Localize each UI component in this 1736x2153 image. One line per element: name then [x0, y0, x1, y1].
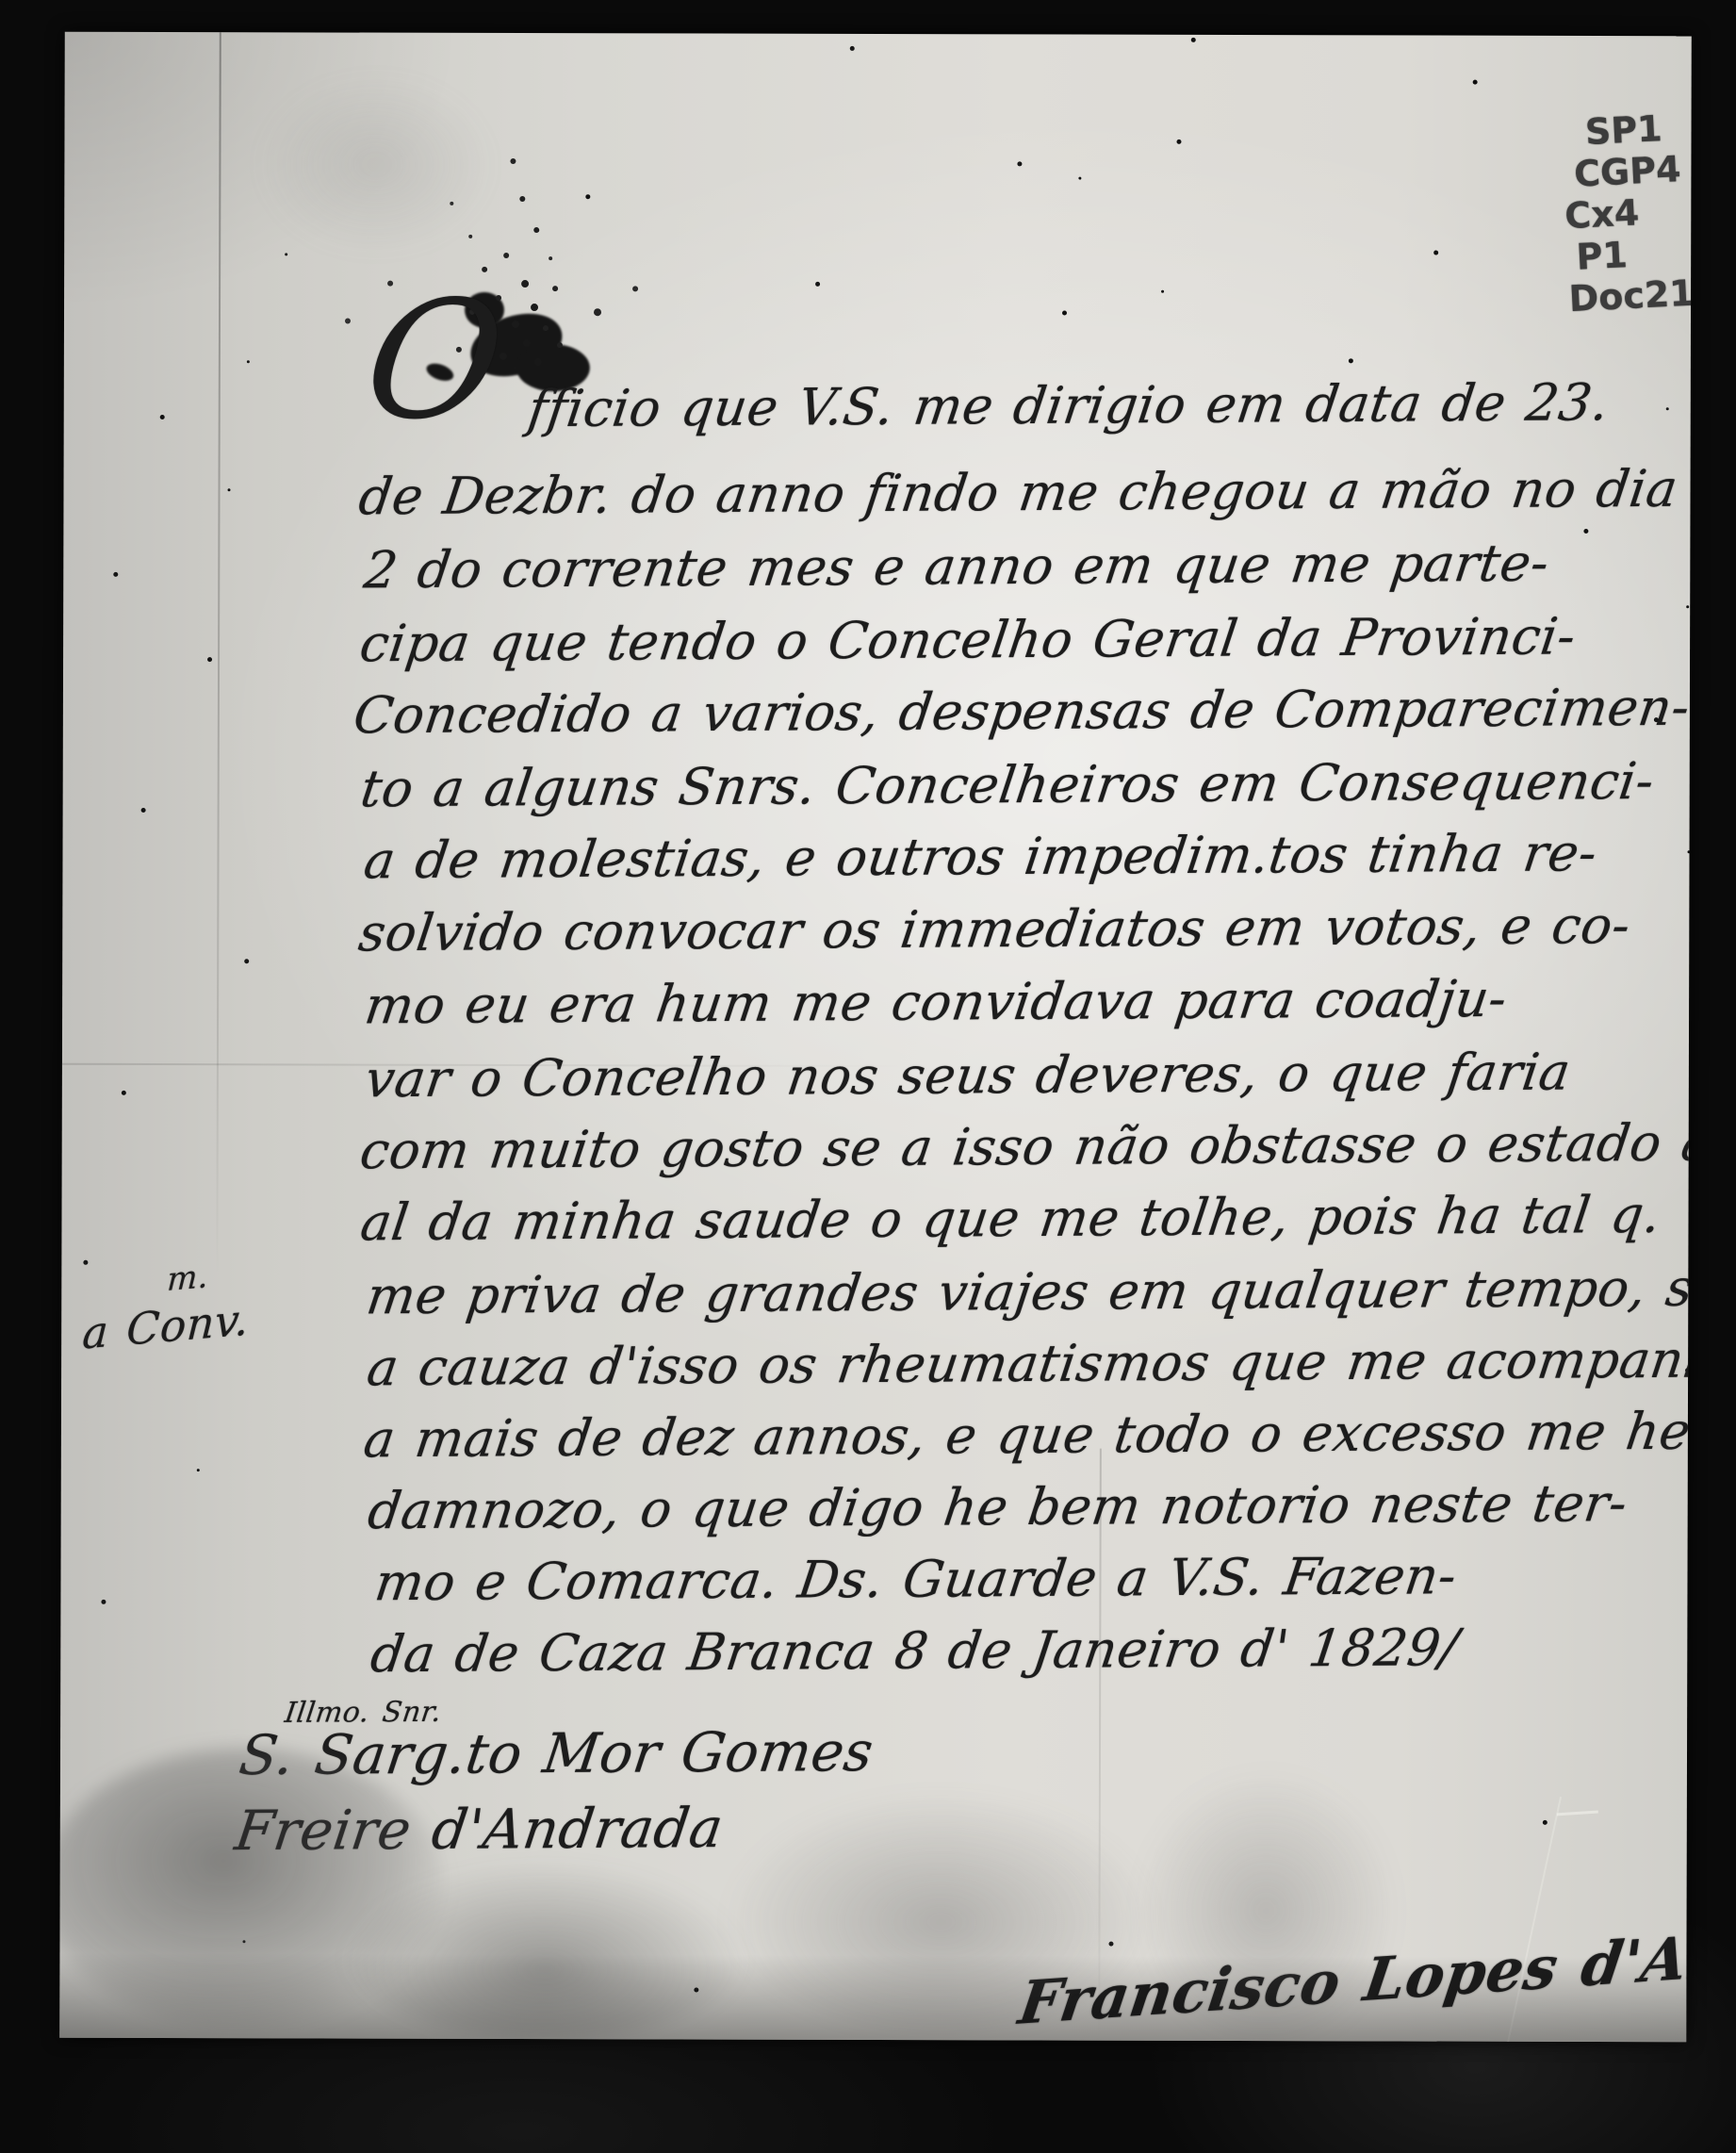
- manuscript-line: a mais de dez annos, e que todo o excess…: [360, 1402, 1691, 1470]
- manuscript-line: da de Caza Branca 8 de Janeiro d' 1829/: [368, 1618, 1463, 1684]
- address-block: Illmo. Snr. S. Sarg.to Mor Gomes Freire …: [59, 32, 1682, 40]
- drop-cap-initial: O: [357, 279, 513, 442]
- manuscript-line: fficio que V.S. me dirigio em data de 23…: [525, 372, 1613, 438]
- dust-specks: [65, 32, 68, 35]
- stain: [1134, 1769, 1399, 2043]
- manuscript-line: 2 do corrente mes e anno em que me parte…: [361, 534, 1553, 600]
- manuscript-line: de Dezbr. do anno findo me chegou a mão …: [355, 459, 1681, 527]
- manuscript-line: a cauza d'isso os rheumatismos que me ac…: [364, 1329, 1692, 1397]
- manuscript-line: damnozo, o que digo he bem notorio neste…: [365, 1473, 1631, 1540]
- manuscript-line: to a alguns Snrs. Concelheiros em Conseq…: [357, 751, 1658, 818]
- manuscript-line: solvido convocar os immediatos em votos,…: [355, 896, 1634, 962]
- manuscript-line: var o Concelho nos seus deveres, o que f…: [362, 1042, 1574, 1109]
- stain: [342, 1862, 747, 2042]
- paper: SP1 CGP4 Cx4 P1 Doc21 m. a Conv. O ffici…: [59, 32, 1692, 2043]
- manuscript-line: Concedido a varios, despensas de Compare…: [351, 678, 1692, 746]
- stain: [719, 1787, 1163, 2033]
- photo-frame: SP1 CGP4 Cx4 P1 Doc21 m. a Conv. O ffici…: [0, 0, 1736, 2153]
- manuscript-line: mo e Comarca. Ds. Guarde a V.S. Fazen-: [371, 1546, 1460, 1612]
- manuscript-line: com muito gosto se a isso não obstasse o…: [356, 1112, 1691, 1180]
- manuscript-line: mo eu era hum me convidava para coadju-: [362, 969, 1511, 1035]
- manuscript-line: cipa que tendo o Concelho Geral da Provi…: [356, 606, 1580, 673]
- manuscript-line: al da minha saude o que me tolhe, pois h…: [357, 1185, 1664, 1252]
- manuscript-line: me priva de grandes viajes em qualquer t…: [363, 1257, 1691, 1325]
- stain: [253, 70, 499, 259]
- manuscript-line: a de molestias, e outros impedim.tos tin…: [361, 823, 1601, 890]
- letter-body: O fficio que V.S. me dirigio em data de …: [59, 32, 1692, 2043]
